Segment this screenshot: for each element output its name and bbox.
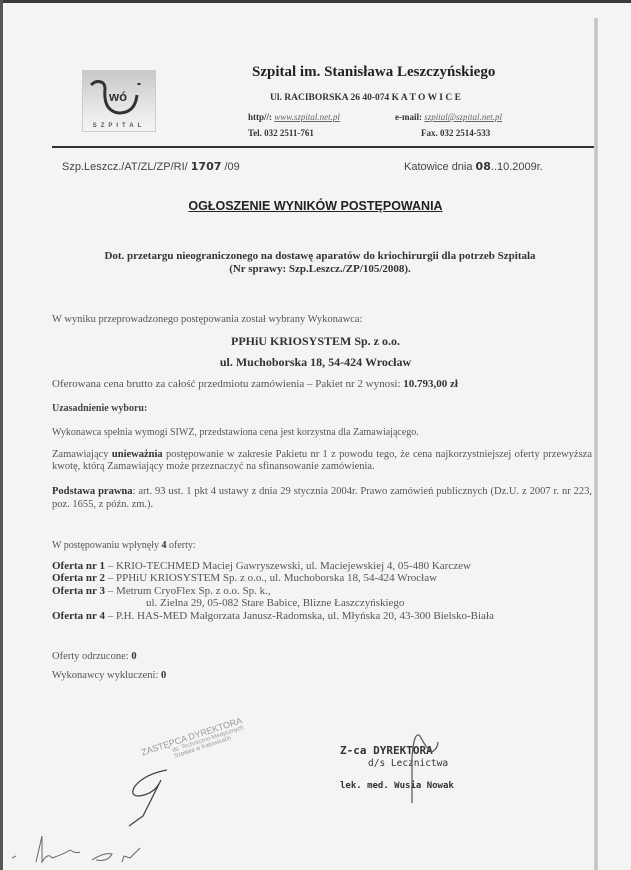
logo-word: SZPITAL [83, 123, 155, 129]
web-link[interactable]: www.szpital.net.pl [274, 112, 340, 122]
offer-item: Oferta nr 1 – KRIO-TECHMED Maciej Gawrys… [52, 560, 494, 572]
scan-left-edge [0, 0, 3, 870]
email-link[interactable]: szpital@szpital.net.pl [424, 112, 502, 122]
reference-prefix: Szp.Leszcz./AT/ZL/ZP/RI/ [62, 161, 191, 173]
document-title: OGŁOSZENIE WYNIKÓW POSTĘPOWANIA [0, 199, 631, 213]
legal-basis-text: : art. 93 ust. 1 pkt 4 ustawy z dnia 29 … [52, 486, 592, 510]
offer-item: Oferta nr 4 – P.H. HAS-MED Małgorzata Ja… [52, 610, 494, 622]
title-text: OGŁOSZENIE WYNIKÓW POSTĘPOWANIA [188, 199, 442, 213]
offer-label: Oferta nr 2 [52, 572, 105, 584]
scan-top-edge [0, 0, 631, 3]
offers-intro-text: W postępowaniu wpłynęły [52, 540, 162, 551]
email-label: e-mail: [395, 112, 422, 122]
offer-label: Oferta nr 4 [52, 610, 105, 622]
reference-handwritten-number: 1707 [191, 160, 222, 173]
legal-basis: Podstawa prawna: art. 93 ust. 1 pkt 4 us… [52, 485, 592, 511]
stamp-right-line-2: d/s Lecznictwa [368, 758, 454, 769]
excluded-value: 0 [161, 670, 166, 681]
subject-line-2: (Nr sprawy: Szp.Leszcz./ZP/105/2008). [40, 263, 600, 276]
offer-text-continued: ul. Zielna 29, 05-082 Stare Babice, Bliz… [52, 597, 494, 609]
reference-number: Szp.Leszcz./AT/ZL/ZP/RI/ 1707 /09 [62, 160, 240, 173]
subject: Dot. przetargu nieograniczonego na dosta… [40, 250, 600, 276]
offer-text: – Metrum CryoFlex Sp. z o.o. Sp. k., [105, 585, 271, 597]
justification-text: Wykonawca spełnia wymogi SIWZ, przedstaw… [52, 427, 419, 438]
offer-label: Oferta nr 3 [52, 585, 105, 597]
excluded-contractors: Wykonawcy wykluczeni: 0 [52, 670, 166, 681]
offer-label: Oferta nr 1 [52, 560, 105, 572]
offers-intro-suffix: oferty: [167, 540, 196, 551]
subject-line-1: Dot. przetargu nieograniczonego na dosta… [40, 250, 600, 263]
offers-intro: W postępowaniu wpłynęły 4 oferty: [52, 540, 196, 551]
letterhead-divider [52, 146, 594, 148]
date-prefix: Katowice dnia [404, 161, 476, 173]
rejected-label: Oferty odrzucone: [52, 651, 131, 662]
stamp-right-line-3: lek. med. Wusia Nowak [340, 781, 454, 791]
scan-fold-line [594, 18, 598, 870]
rejected-offers: Oferty odrzucone: 0 [52, 651, 137, 662]
svg-text:wó: wó [108, 89, 127, 104]
cancellation-paragraph: Zamawiający unieważnia postępowanie w za… [52, 449, 592, 473]
reference-suffix: /09 [221, 161, 239, 173]
hospital-email: e-mail: szpital@szpital.net.pl [395, 112, 502, 122]
date-handwritten-day: 08 [476, 160, 491, 173]
offer-text: – KRIO-TECHMED Maciej Gawryszewski, ul. … [105, 560, 471, 572]
offer-item: Oferta nr 3 – Metrum CryoFlex Sp. z o.o.… [52, 585, 494, 610]
winner-name: PPHiU KRIOSYSTEM Sp. z o.o. [0, 334, 631, 349]
justification-heading: Uzasadnienie wyboru: [52, 403, 147, 414]
signature-left-icon [115, 760, 175, 830]
offered-price: Oferowana cena brutto za całość przedmio… [52, 378, 458, 390]
cancellation-before: Zamawiający [52, 449, 112, 460]
offer-text: – P.H. HAS-MED Małgorzata Janusz-Radomsk… [105, 610, 494, 622]
hospital-logo: wó SZPITAL [82, 70, 156, 132]
legal-basis-label: Podstawa prawna [52, 486, 133, 497]
hospital-address: Ul. RACIBORSKA 26 40-074 K A T O W I C E [270, 93, 461, 103]
document-date: Katowice dnia 08..10.2009r. [404, 160, 543, 173]
winner-address: ul. Muchoborska 18, 54-424 Wrocław [0, 355, 631, 370]
offer-item: Oferta nr 2 – PPHiU KRIOSYSTEM Sp. z o.o… [52, 572, 494, 584]
date-suffix: ..10.2009r. [491, 161, 543, 173]
hospital-phone: Tel. 032 2511-761 [248, 128, 314, 138]
initials-scribble-icon [8, 832, 158, 868]
stamp-left: ZASTĘPCA DYREKTORA ds. Techniczno-Medycz… [140, 715, 247, 768]
result-intro: W wyniku przeprowadzonego postępowania z… [52, 314, 362, 325]
rejected-value: 0 [131, 651, 136, 662]
web-label: http//: [248, 112, 272, 122]
price-value: 10.793,00 zł [403, 378, 458, 390]
stamp-right: Z-ca DYREKTORA d/s Lecznictwa lek. med. … [340, 744, 454, 791]
excluded-label: Wykonawcy wykluczeni: [52, 670, 161, 681]
stamp-right-line-1: Z-ca DYREKTORA [340, 744, 454, 757]
offers-list: Oferta nr 1 – KRIO-TECHMED Maciej Gawrys… [52, 560, 494, 622]
hospital-website: http//: www.szpital.net.pl [248, 112, 340, 122]
hospital-name: Szpital im. Stanisława Leszczyńskiego [252, 64, 495, 81]
offer-text: – PPHiU KRIOSYSTEM Sp. z o.o., ul. Mucho… [105, 572, 437, 584]
cancellation-keyword: unieważnia [112, 449, 163, 460]
hospital-fax: Fax. 032 2514-533 [421, 128, 490, 138]
logo-smile-icon: wó [83, 71, 155, 121]
price-label: Oferowana cena brutto za całość przedmio… [52, 378, 403, 390]
